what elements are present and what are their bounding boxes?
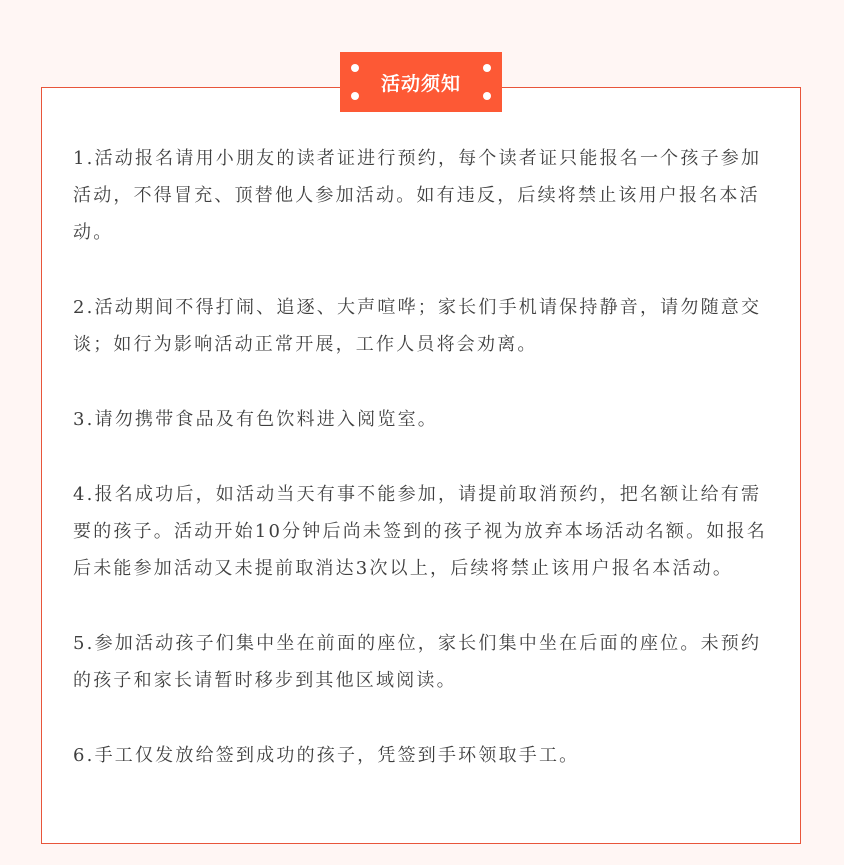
title-badge: 活动须知 [340,52,502,112]
notice-item-5: 5.参加活动孩子们集中坐在前面的座位，家长们集中坐在后面的座位。未预约的孩子和家… [73,625,773,699]
notice-item-2: 2.活动期间不得打闹、追逐、大声喧哗；家长们手机请保持静音，请勿随意交谈；如行为… [73,289,773,363]
notice-list: 1.活动报名请用小朋友的读者证进行预约，每个读者证只能报名一个孩子参加活动，不得… [73,140,773,812]
decorative-dot-icon [483,64,491,72]
notice-item-3: 3.请勿携带食品及有色饮料进入阅览室。 [73,401,773,438]
notice-item-6: 6.手工仅发放给签到成功的孩子，凭签到手环领取手工。 [73,737,773,774]
notice-item-1: 1.活动报名请用小朋友的读者证进行预约，每个读者证只能报名一个孩子参加活动，不得… [73,140,773,251]
decorative-dot-icon [351,64,359,72]
decorative-dot-icon [483,92,491,100]
page-title: 活动须知 [381,69,461,96]
decorative-dot-icon [351,92,359,100]
notice-item-4: 4.报名成功后，如活动当天有事不能参加，请提前取消预约，把名额让给有需要的孩子。… [73,476,773,587]
